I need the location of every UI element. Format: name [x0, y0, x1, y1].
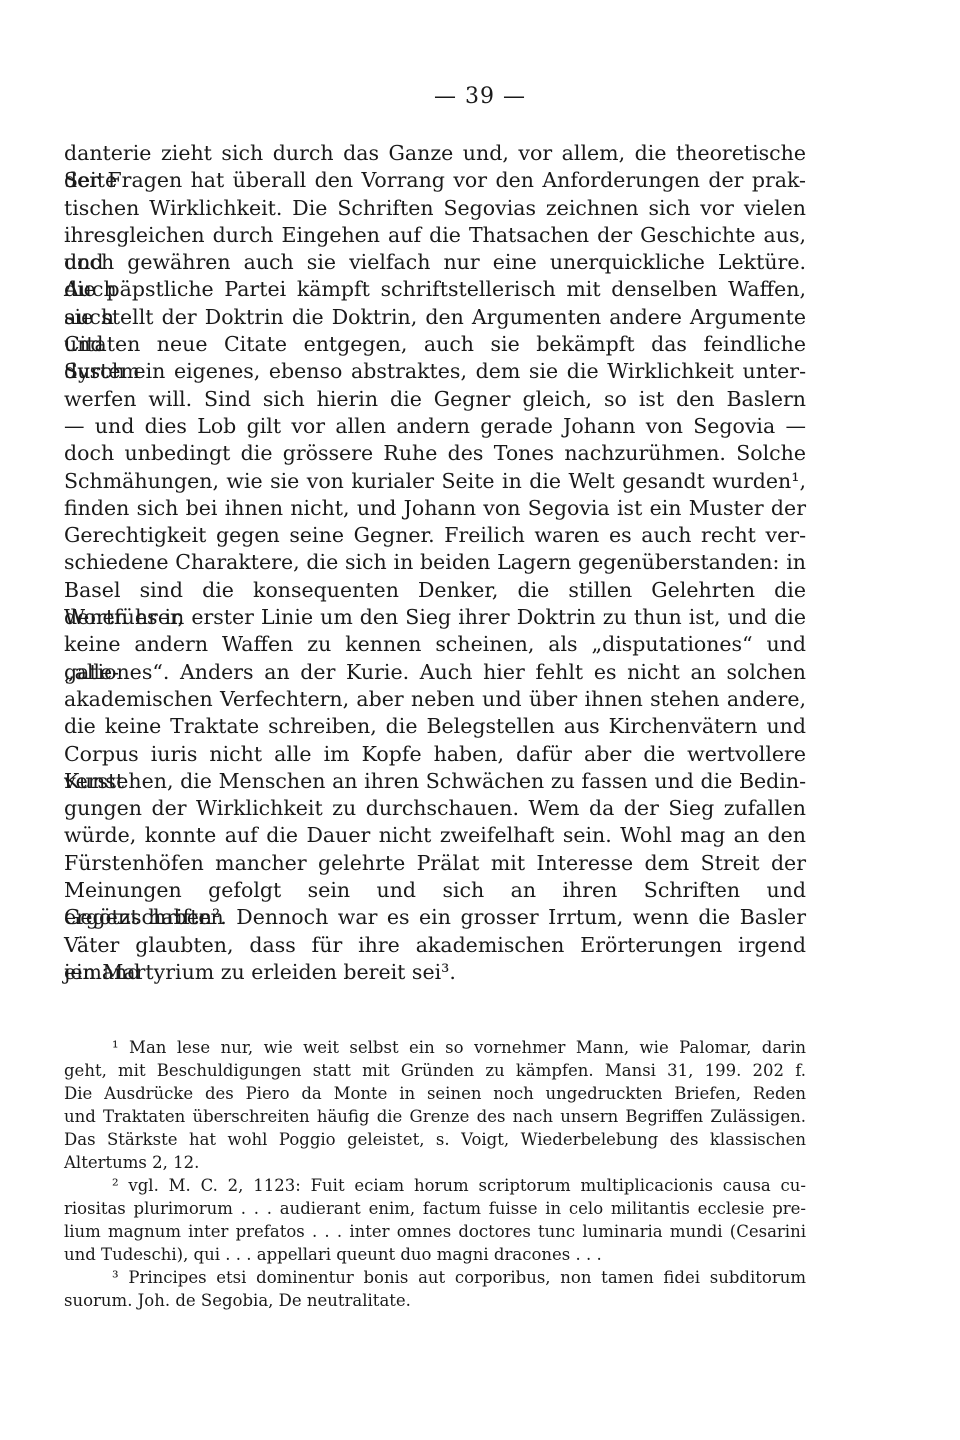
body-line: denen es in erster Linie um den Sieg ihr…: [64, 604, 806, 631]
footnote-1: ¹ Man lese nur, wie weit selbst ein so v…: [64, 1036, 806, 1174]
footnote-line: riositas plurimorum . . . audierant enim…: [64, 1197, 806, 1220]
body-line: finden sich bei ihnen nicht, und Johann …: [64, 495, 806, 522]
body-line: Schmähungen, wie sie von kurialer Seite …: [64, 468, 806, 495]
footnote-line: ³ Principes etsi dominentur bonis aut co…: [64, 1266, 806, 1289]
body-line: doch gewähren auch sie vielfach nur eine…: [64, 249, 806, 276]
body-line: doch unbedingt die grössere Ruhe des Ton…: [64, 440, 806, 467]
body-line: — und dies Lob gilt vor allen andern ger…: [64, 413, 806, 440]
body-line: Meinungen gefolgt sein und sich an ihren…: [64, 877, 806, 904]
body-line: Basel sind die konsequenten Denker, die …: [64, 577, 806, 604]
footnote-line: geht, mit Beschuldigungen statt mit Grün…: [64, 1059, 806, 1082]
body-line: gungen der Wirklichkeit zu durchschauen.…: [64, 795, 806, 822]
body-line: werfen will. Sind sich hierin die Gegner…: [64, 386, 806, 413]
body-line: ein Martyrium zu erleiden bereit sei³.: [64, 959, 806, 986]
footnote-line: ² vgl. M. C. 2, 1123: Fuit eciam horum s…: [64, 1174, 806, 1197]
body-line: ergötzt haben². Dennoch war es ein gross…: [64, 904, 806, 931]
body-line: gationes“. Anders an der Kurie. Auch hie…: [64, 659, 806, 686]
footnote-line: Das Stärkste hat wohl Poggio geleistet, …: [64, 1128, 806, 1151]
page-number: — 39 —: [0, 84, 960, 109]
body-line: Väter glaubten, dass für ihre akademisch…: [64, 932, 806, 959]
body-line: akademischen Verfechtern, aber neben und…: [64, 686, 806, 713]
body-text: danterie zieht sich durch das Ganze und,…: [64, 140, 806, 986]
body-line: Corpus iuris nicht alle im Kopfe haben, …: [64, 741, 806, 768]
footnote-3: ³ Principes etsi dominentur bonis aut co…: [64, 1266, 806, 1312]
body-line: die päpstliche Partei kämpft schriftstel…: [64, 276, 806, 303]
body-line: danterie zieht sich durch das Ganze und,…: [64, 140, 806, 167]
body-line: ihresgleichen durch Eingehen auf die Tha…: [64, 222, 806, 249]
footnotes: ¹ Man lese nur, wie weit selbst ein so v…: [64, 1036, 806, 1312]
footnote-line: Die Ausdrücke des Piero da Monte in sein…: [64, 1082, 806, 1105]
body-line: Citaten neue Citate entgegen, auch sie b…: [64, 331, 806, 358]
body-line: der Fragen hat überall den Vorrang vor d…: [64, 167, 806, 194]
body-line: durch ein eigenes, ebenso abstraktes, de…: [64, 358, 806, 385]
body-line: Fürstenhöfen mancher gelehrte Prälat mit…: [64, 850, 806, 877]
footnote-2: ² vgl. M. C. 2, 1123: Fuit eciam horum s…: [64, 1174, 806, 1266]
footnote-line: und Traktaten überschreiten häufig die G…: [64, 1105, 806, 1128]
body-line: sie stellt der Doktrin die Doktrin, den …: [64, 304, 806, 331]
footnote-line: suorum. Joh. de Segobia, De neutralitate…: [64, 1289, 806, 1312]
body-line: Gerechtigkeit gegen seine Gegner. Freili…: [64, 522, 806, 549]
body-line: würde, konnte auf die Dauer nicht zweife…: [64, 822, 806, 849]
body-line: die keine Traktate schreiben, die Belegs…: [64, 713, 806, 740]
body-line: tischen Wirklichkeit. Die Schriften Sego…: [64, 195, 806, 222]
footnote-line: Altertums 2, 12.: [64, 1151, 806, 1174]
body-line: keine andern Waffen zu kennen scheinen, …: [64, 631, 806, 658]
body-line: schiedene Charaktere, die sich in beiden…: [64, 549, 806, 576]
footnote-line: lium magnum inter prefatos . . . inter o…: [64, 1220, 806, 1243]
footnote-line: und Tudeschi), qui . . . appellari queun…: [64, 1243, 806, 1266]
footnote-line: ¹ Man lese nur, wie weit selbst ein so v…: [64, 1036, 806, 1059]
body-line: verstehen, die Menschen an ihren Schwäch…: [64, 768, 806, 795]
